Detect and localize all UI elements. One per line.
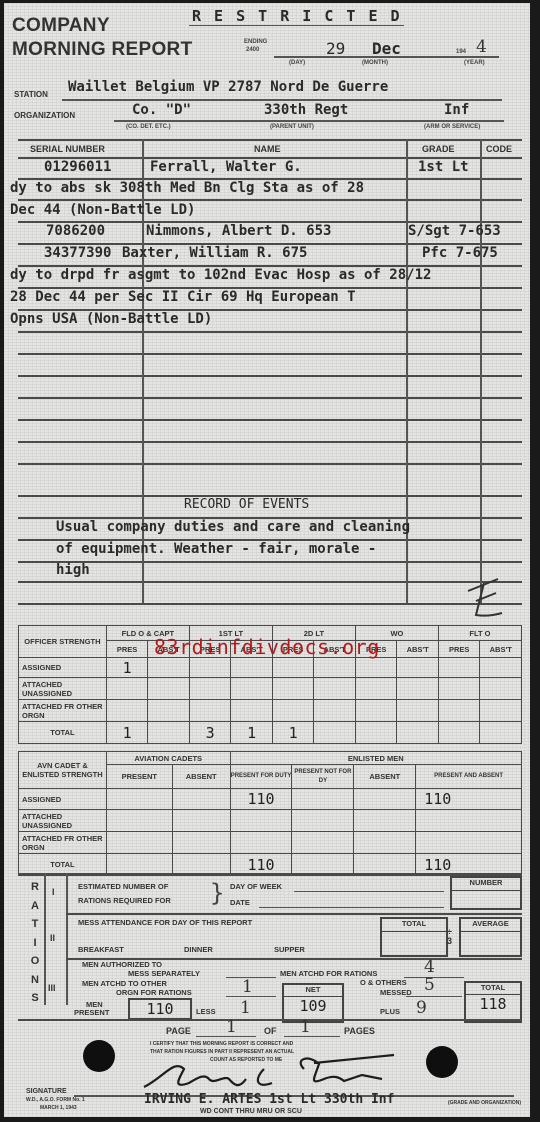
- rations-bottom-rule: [18, 1019, 522, 1021]
- officer-cell: [355, 658, 397, 678]
- enlisted-strength-header: AVN CADET & ENLISTED STRENGTH: [19, 752, 107, 789]
- number-box: NUMBER: [450, 876, 522, 910]
- average-label: AVERAGE: [461, 919, 520, 932]
- row-rule: [18, 603, 522, 605]
- officer-cell: [480, 658, 522, 678]
- officer-cell: [438, 658, 480, 678]
- col-grade: GRADE: [422, 144, 455, 154]
- rations-sec2-numeral: II: [50, 933, 55, 943]
- row-rule: [18, 397, 522, 399]
- pages-line: [284, 1036, 340, 1037]
- rations-sec1-label: RATIONS REQUIRED FOR: [78, 896, 171, 905]
- average-box: AVERAGE: [459, 917, 522, 957]
- signer-caption: (GRADE AND ORGANIZATION): [448, 1099, 521, 1108]
- rations-sec3-numeral: III: [48, 983, 56, 993]
- certification-text: I CERTIFY THAT THIS MORNING REPORT IS CO…: [150, 1041, 293, 1048]
- row-rule: [18, 581, 522, 583]
- col-present: PRESENT: [106, 765, 172, 789]
- officer-row-total: TOTAL 1 3 1 1: [19, 722, 522, 744]
- form-title-company: COMPANY: [12, 15, 110, 37]
- form-title-morning-report: MORNING REPORT: [12, 39, 192, 61]
- officer-cell: [272, 658, 314, 678]
- officer-cell: [148, 658, 190, 678]
- men-present-label: PRESENT: [74, 1008, 109, 1017]
- entry-name: Ferrall, Walter G.: [150, 159, 302, 175]
- officer-cell: 1: [106, 722, 148, 744]
- day-of-week-line: [294, 891, 444, 892]
- group-enlisted-men: ENLISTED MEN: [230, 752, 521, 765]
- row-rule: [18, 419, 522, 421]
- rations-numeral-rule: [66, 873, 68, 1005]
- enlisted-cell: [354, 789, 416, 810]
- enlisted-cell: [106, 789, 172, 810]
- officer-cell: [148, 722, 190, 744]
- net-value: 109: [284, 997, 342, 1015]
- of-label: OF: [264, 1027, 277, 1036]
- month-caption: (MONTH): [362, 60, 388, 66]
- entry-serial: 01296011: [44, 159, 111, 175]
- entry-serial: 7086200: [46, 223, 105, 239]
- date-line: [259, 907, 444, 908]
- brace-icon: }: [210, 881, 224, 905]
- plus-label: PLUS: [380, 1007, 400, 1016]
- rations-side-rule: [44, 873, 46, 1005]
- side-letter: A: [30, 897, 40, 916]
- col-absent: ABSENT: [172, 765, 230, 789]
- station-line: [62, 99, 502, 101]
- total-box: TOTAL 118: [464, 981, 522, 1023]
- classification-stamp: R E S T R I C T E D: [192, 7, 402, 25]
- day-of-week-label: DAY OF WEEK: [230, 882, 282, 891]
- morning-report-sheet: COMPANY MORNING REPORT R E S T R I C T E…: [4, 3, 530, 1117]
- entry-remark: Dec 44 (Non-Battle LD): [10, 202, 195, 218]
- row-label: ASSIGNED: [19, 789, 107, 810]
- total-label: TOTAL: [466, 983, 520, 995]
- divide-by-three: ÷ 3: [447, 928, 457, 946]
- group-aviation-cadets: AVIATION CADETS: [106, 752, 230, 765]
- caption-arm: (ARM OR SERVICE): [424, 124, 480, 130]
- entry-name: Baxter, William R. 675: [122, 245, 307, 261]
- officer-strength-header: OFFICER STRENGTH: [19, 626, 107, 658]
- caption-parent-unit: (PARENT UNIT): [270, 124, 314, 130]
- row-label: ATTACHED FR OTHER ORGN: [19, 832, 107, 854]
- net-label: NET: [284, 985, 342, 997]
- watermark: 83rdinfdivdocs.org: [154, 635, 380, 659]
- date-label: DATE: [230, 898, 250, 907]
- rations-sec1-label: ESTIMATED NUMBER OF: [78, 882, 168, 891]
- col-code: CODE: [486, 144, 512, 154]
- o-others-value: 5: [424, 975, 435, 995]
- col-serial-number: SERIAL NUMBER: [30, 144, 105, 154]
- sub-pres: PRES: [106, 641, 148, 658]
- record-of-events-title: RECORD OF EVENTS: [184, 497, 309, 512]
- enlisted-row-assigned: ASSIGNED 110 110: [19, 789, 522, 810]
- rations-sec1-numeral: I: [52, 887, 55, 897]
- col-rule-grade: [480, 139, 482, 603]
- row-label: ATTACHED UNASSIGNED: [19, 678, 107, 700]
- form-date: MARCH 1, 1943: [40, 1104, 77, 1113]
- mess-separately-label: MEN AUTHORIZED TO: [82, 960, 162, 969]
- organization-line: [114, 120, 504, 122]
- atchd-other-label: MEN ATCHD TO OTHER: [82, 979, 167, 988]
- report-month: Dec: [372, 39, 401, 58]
- net-box: NET 109: [282, 983, 344, 1023]
- officer-cell: [480, 722, 522, 744]
- atchd-other-label: ORGN FOR RATIONS: [116, 988, 192, 997]
- officer-row-attached-other: ATTACHED FR OTHER ORGN: [19, 700, 522, 722]
- year-prefix: 194: [456, 49, 466, 55]
- col-present-and-absent: PRESENT AND ABSENT: [416, 765, 522, 789]
- record-of-events-line: Usual company duties and care and cleani…: [56, 519, 410, 535]
- enlisted-row-attached-other: ATTACHED FR OTHER ORGN: [19, 832, 522, 854]
- entry-remark: dy to abs sk 308th Med Bn Clg Sta as of …: [10, 180, 364, 196]
- organization-label: ORGANIZATION: [14, 111, 75, 120]
- officer-cell: 1: [231, 722, 273, 744]
- organization-parent-unit: 330th Regt: [264, 102, 348, 118]
- pages-total: 1: [300, 1017, 311, 1037]
- atchd-for-rations-value: 4: [424, 957, 435, 977]
- pages-label: PAGES: [344, 1027, 375, 1036]
- col-name: NAME: [254, 144, 281, 154]
- entry-remark: 28 Dec 44 per Sec II Cir 69 Hq European …: [10, 289, 356, 305]
- row-rule: [18, 463, 522, 465]
- mess-separately-label: MESS SEPARATELY: [128, 969, 200, 978]
- initials-mark-icon: [458, 571, 508, 621]
- enlisted-cell: [172, 789, 230, 810]
- punch-hole-left: [83, 1040, 115, 1072]
- row-rule: [18, 441, 522, 443]
- ending-label: ENDING: [244, 39, 267, 45]
- mess-total-label: TOTAL: [382, 919, 446, 932]
- mess-total-box: TOTAL: [380, 917, 448, 957]
- side-letter: S: [30, 989, 40, 1008]
- organization-company: Co. "D": [132, 102, 191, 118]
- rations-side-label: R A T I O N S: [30, 878, 40, 1008]
- station-label: STATION: [14, 90, 48, 99]
- officer-cell: 1: [272, 722, 314, 744]
- row-rule: [18, 353, 522, 355]
- record-of-events-line: of equipment. Weather - fair, morale -: [56, 541, 376, 557]
- enlisted-cell: [292, 789, 354, 810]
- total-value: 118: [466, 995, 520, 1013]
- supper-label: SUPPER: [274, 945, 305, 954]
- table-top-rule: [18, 139, 522, 141]
- row-label: TOTAL: [19, 722, 107, 744]
- officer-cell: 1: [106, 658, 148, 678]
- classification-underline: [189, 25, 404, 26]
- year-caption: (YEAR): [464, 60, 485, 66]
- group-flt-o: FLT O: [438, 626, 521, 641]
- report-day: 29: [326, 39, 345, 58]
- entry-grade: Pfc 7-675: [422, 245, 498, 261]
- sub-pres: PRES: [438, 641, 480, 658]
- officer-cell: [397, 658, 439, 678]
- row-rule: [18, 375, 522, 377]
- less-label: LESS: [196, 1007, 216, 1016]
- entry-remark: dy to drpd fr asgmt to 102nd Evac Hosp a…: [10, 267, 431, 283]
- side-letter: O: [30, 952, 40, 971]
- col-present-not-for-duty: PRESENT NOT FOR DY: [292, 765, 354, 789]
- side-letter: R: [30, 878, 40, 897]
- officer-cell: [231, 658, 273, 678]
- enlisted-strength-table: AVN CADET & ENLISTED STRENGTH AVIATION C…: [18, 751, 522, 876]
- officer-cell: [189, 658, 231, 678]
- atchd-for-rations-label: MEN ATCHD FOR RATIONS: [280, 969, 377, 978]
- enlisted-cell: 110: [230, 789, 292, 810]
- caption-company: (CO. DET. ETC.): [126, 124, 171, 130]
- number-label: NUMBER: [452, 878, 520, 891]
- o-others-line: [406, 996, 462, 997]
- men-present-box: 110: [128, 998, 192, 1020]
- o-others-label: O & OTHERS: [360, 978, 407, 987]
- side-letter: I: [30, 934, 40, 953]
- day-caption: (DAY): [289, 60, 305, 66]
- col-present-for-duty: PRESENT FOR DUTY: [230, 765, 292, 789]
- officer-row-assigned: ASSIGNED 1: [19, 658, 522, 678]
- rations-top-rule: [18, 873, 522, 875]
- side-letter: N: [30, 971, 40, 990]
- sub-abst: ABS'T: [397, 641, 439, 658]
- breakfast-label: BREAKFAST: [78, 945, 124, 954]
- atchd-other-value: 1: [242, 977, 253, 997]
- less-value: 1: [240, 998, 251, 1018]
- row-label: ATTACHED UNASSIGNED: [19, 810, 107, 832]
- station-value: Waillet Belgium VP 2787 Nord De Guerre: [68, 79, 388, 95]
- entry-serial: 34377390: [44, 245, 111, 261]
- officer-cell: [314, 658, 356, 678]
- col-absent: ABSENT: [354, 765, 416, 789]
- page-label: PAGE: [166, 1027, 191, 1036]
- enlisted-cell: 110: [416, 789, 522, 810]
- sub-abst: ABS'T: [480, 641, 522, 658]
- entry-name: Nimmons, Albert D. 653: [146, 223, 331, 239]
- row-rule: [18, 199, 522, 201]
- officer-cell: [397, 722, 439, 744]
- entry-grade: S/Sgt 7-653: [408, 223, 501, 239]
- signer-name: IRVING E. ARTES 1st Lt 330th Inf: [144, 1092, 394, 1107]
- rations-sec1-rule: [66, 913, 522, 915]
- officer-row-attached-unassigned: ATTACHED UNASSIGNED: [19, 678, 522, 700]
- ending-time-label: 2400: [246, 47, 259, 53]
- mess-attendance-title: MESS ATTENDANCE FOR DAY OF THIS REPORT: [78, 918, 252, 927]
- dinner-label: DINNER: [184, 945, 213, 954]
- side-letter: T: [30, 915, 40, 934]
- report-year: 4: [476, 37, 487, 57]
- men-present-value: 110: [130, 1000, 190, 1018]
- page-number: 1: [226, 1017, 237, 1037]
- row-label: ATTACHED FR OTHER ORGN: [19, 700, 107, 722]
- officer-cell: [438, 722, 480, 744]
- officer-cell: [314, 722, 356, 744]
- row-label: ASSIGNED: [19, 658, 107, 678]
- signature-label: SIGNATURE: [26, 1087, 67, 1096]
- entry-remark: Opns USA (Non-Battle LD): [10, 311, 212, 327]
- entry-grade: 1st Lt: [418, 159, 469, 175]
- row-rule: [18, 331, 522, 333]
- record-of-events-line: high: [56, 562, 90, 578]
- enlisted-row-attached-unassigned: ATTACHED UNASSIGNED: [19, 810, 522, 832]
- organization-arm: Inf: [444, 102, 469, 118]
- officer-cell: [355, 722, 397, 744]
- row-rule: [18, 561, 522, 563]
- officer-cell: 3: [189, 722, 231, 744]
- plus-value: 9: [416, 998, 427, 1018]
- routing-text: WD CONT THRU MRU OR SCU: [200, 1107, 302, 1116]
